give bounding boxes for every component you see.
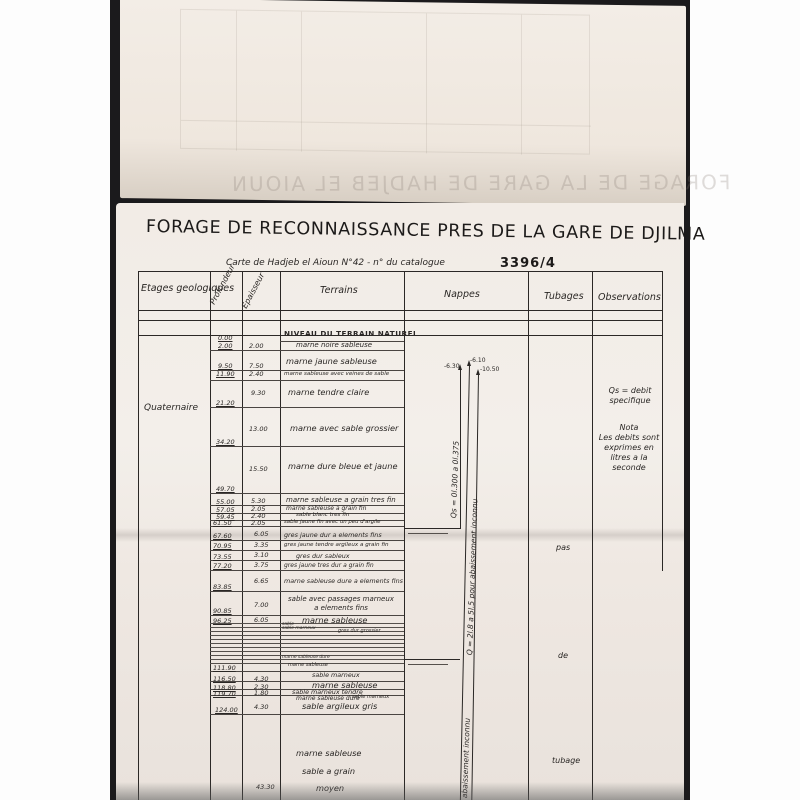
- terrain-label: gres jaune tres dur a grain fin: [284, 562, 374, 569]
- depth-value: 2.00: [218, 342, 232, 350]
- thickness-value: 7.00: [254, 601, 268, 609]
- terrain-label: gres dur sableux: [296, 552, 350, 560]
- document-page: FORAGE DE RECONNAISSANCE PRES DE LA GARE…: [116, 203, 684, 800]
- terrain-label: marne sableuse: [288, 662, 328, 668]
- terrain-label: sable avec passages marneux a elements f…: [286, 595, 396, 613]
- thickness-value: 6.05: [254, 616, 268, 624]
- header-tubages: Tubages: [544, 291, 584, 302]
- flow-note: Q = 2l.8 a 5l.5 pour abaissement inconnu: [465, 499, 479, 656]
- terrain-label: marne tendre claire: [288, 387, 369, 397]
- depth-value: 73.55: [213, 553, 232, 561]
- terrain-label: marne noire sableuse: [296, 341, 372, 349]
- thickness-value: 2.00: [249, 342, 263, 350]
- scan-frame: FORAGE DE LA GARE DE HADJEB EL AIOUN FOR…: [110, 0, 690, 800]
- thickness-value: 3.10: [254, 551, 268, 559]
- log-table: Etages geologiques Profondeur Epaisseur …: [116, 203, 684, 800]
- depth-value: 77.20: [213, 562, 232, 570]
- depth-value: 11.90: [216, 370, 235, 378]
- thickness-value: 2.05: [251, 519, 265, 527]
- depth-value: 34.20: [216, 438, 235, 446]
- terrain-label: marne sableuse: [302, 615, 367, 625]
- bottom-shadow: [116, 782, 684, 800]
- terrain-label: marne sableuse avec veines de sable: [284, 371, 389, 377]
- terrain-label: sable jaune fin avec un peu d'argile: [284, 519, 380, 525]
- terrain-label: marne dure bleue et jaune: [288, 461, 397, 471]
- depth-value: 49.70: [216, 485, 235, 493]
- ghost-table: [180, 9, 590, 155]
- thickness-value: 6.05: [254, 530, 268, 538]
- thickness-value: 1.80: [254, 689, 268, 697]
- nappe-level: -6.10: [470, 357, 486, 364]
- thickness-value: 3.75: [254, 561, 268, 569]
- terrain-label: marne sableuse dure a elements fins: [284, 577, 403, 585]
- depth-value: 111.90: [213, 664, 236, 672]
- depth-value: 67.60: [213, 532, 232, 540]
- depth-value: 124.00: [215, 706, 238, 714]
- terrain-label: gres jaune tendre argileux a grain fin: [284, 542, 389, 548]
- thickness-value: 9.30: [251, 389, 265, 397]
- depth-value: 0.00: [218, 334, 232, 342]
- terrain-label: sable marneux: [312, 671, 360, 679]
- tubage-note: tubage: [552, 756, 580, 765]
- terrain-label: sable a grain: [302, 766, 355, 776]
- flow-note: Qs = 0l.300 a 0l.375: [449, 441, 461, 519]
- header-nappes: Nappes: [444, 289, 480, 300]
- observation-qs: Qs = debit specifique: [598, 386, 662, 406]
- back-page: FORAGE DE LA GARE DE HADJEB EL AIOUN: [120, 0, 686, 206]
- terrain-label: gres jaune dur a elements fins: [284, 531, 382, 539]
- thickness-value: 7.50: [249, 362, 263, 370]
- stage-quaternaire: Quaternaire: [144, 403, 198, 413]
- observation-nota: Nota: [596, 423, 662, 433]
- thickness-value: 4.30: [254, 703, 268, 711]
- depth-value: 9.50: [218, 362, 232, 370]
- thickness-value: 4.30: [254, 675, 268, 683]
- depth-value: 61.50: [213, 519, 232, 527]
- tubage-note: pas: [556, 543, 570, 552]
- thickness-value: 6.65: [254, 577, 268, 585]
- depth-value: 83.85: [213, 583, 232, 591]
- depth-value: 55.00: [216, 498, 235, 506]
- terrain-label: marne sableuse dure: [282, 655, 330, 660]
- terrain-label: sable argileux gris: [302, 701, 377, 711]
- mirrored-title: FORAGE DE LA GARE DE HADJEB EL AIOUN: [230, 170, 731, 196]
- terrain-label: gres dur grossier: [338, 628, 381, 634]
- thickness-value: 2.40: [249, 370, 263, 378]
- thickness-value: 5.30: [251, 497, 265, 505]
- header-terrains: Terrains: [320, 285, 358, 296]
- depth-value: 21.20: [216, 399, 235, 407]
- thickness-value: 3.35: [254, 541, 268, 549]
- observation-nota-text: Les debits sont exprimes en litres a la …: [596, 433, 662, 473]
- depth-value: 116.50: [213, 675, 236, 683]
- terrain-label: marne jaune sableuse: [286, 356, 377, 366]
- terrain-label: marne sableuse: [296, 748, 361, 758]
- terrain-label: sable marneux: [352, 694, 389, 700]
- thickness-value: 15.50: [249, 465, 268, 473]
- terrain-label: sable blanc tres fin: [296, 512, 349, 518]
- header-observations: Observations: [598, 292, 661, 303]
- header-epaisseur: Epaisseur: [240, 271, 266, 310]
- depth-value: 90.85: [213, 607, 232, 615]
- nappe-level: -10.50: [480, 366, 499, 373]
- terrain-label: marne sableuse a grain fin: [286, 505, 366, 512]
- depth-value: 96.25: [213, 617, 232, 625]
- depth-value: 70.95: [213, 542, 232, 550]
- terrain-label: NIVEAU DU TERRAIN NATUREL: [284, 329, 418, 338]
- thickness-value: 13.00: [249, 425, 268, 433]
- terrain-label: sable marneux: [282, 626, 316, 631]
- terrain-label: marne sableuse a grain tres fin: [286, 496, 396, 504]
- terrain-label: marne avec sable grossier: [290, 423, 398, 433]
- tubage-note: de: [558, 651, 568, 660]
- depth-value: 119.70: [213, 690, 236, 698]
